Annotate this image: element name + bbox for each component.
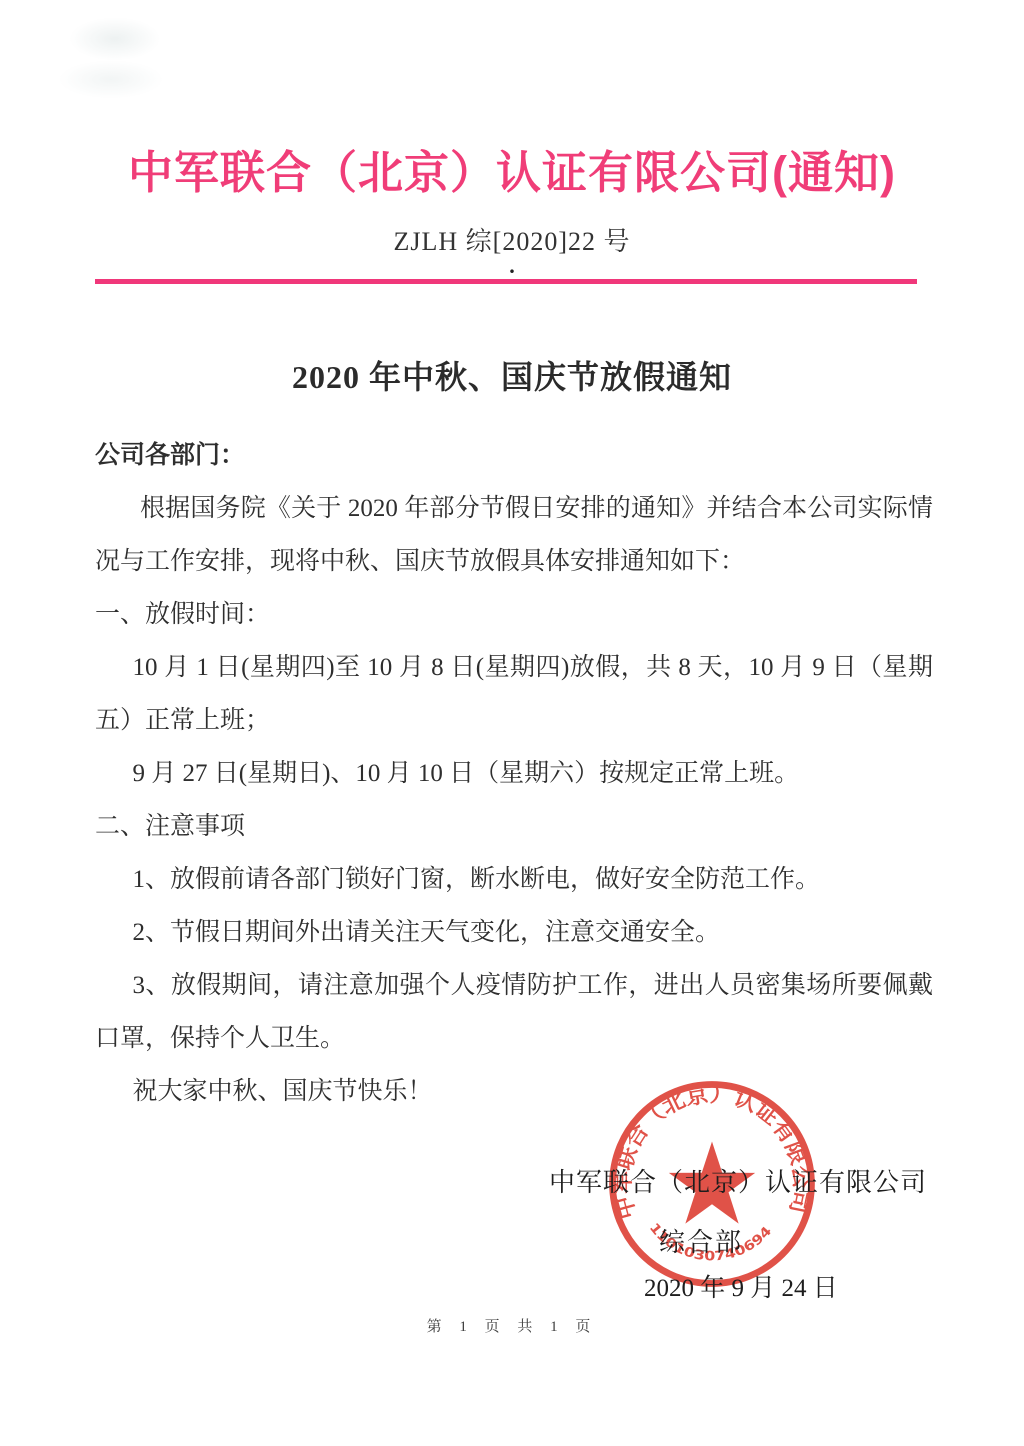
page-number: 第 1 页 共 1 页: [0, 1315, 1024, 1336]
letterhead-divider: [95, 279, 917, 284]
paragraph-note-2: 2、节假日期间外出请关注天气变化，注意交通安全。: [95, 906, 933, 959]
signature-company: 中军联合（北京）认证有限公司: [549, 1162, 927, 1199]
notice-body: 公司各部门： 根据国务院《关于 2020 年部分节假日安排的通知》并结合本公司实…: [95, 429, 933, 1118]
paragraph-note-1: 1、放假前请各部门锁好门窗，断水断电，做好安全防范工作。: [95, 853, 933, 906]
letterhead-title: 中军联合（北京）认证有限公司(通知): [0, 136, 1024, 201]
paragraph-holiday-dates: 10 月 1 日(星期四)至 10 月 8 日(星期四)放假，共 8 天，10 …: [95, 641, 933, 747]
notice-document-page: 中军联合（北京）认证有限公司(通知) ZJLH 综[2020]22 号 . 20…: [0, 0, 1024, 1446]
paragraph-intro: 根据国务院《关于 2020 年部分节假日安排的通知》并结合本公司实际情况与工作安…: [95, 482, 933, 588]
scan-artifact: [50, 8, 180, 70]
section-2-heading: 二、注意事项: [95, 800, 933, 853]
paragraph-note-3: 3、放假期间，请注意加强个人疫情防护工作，进出人员密集场所要佩戴口罩，保持个人卫…: [95, 959, 933, 1065]
section-1-heading: 一、放假时间：: [95, 588, 933, 641]
notice-title: 2020 年中秋、国庆节放假通知: [0, 352, 1024, 398]
signature-date: 2020 年 9 月 24 日: [644, 1268, 838, 1304]
center-dot: .: [0, 253, 1024, 279]
scan-artifact: [36, 52, 186, 107]
signature-department: 综合部: [589, 1222, 813, 1259]
paragraph-workdays: 9 月 27 日(星期日)、10 月 10 日（星期六）按规定正常上班。: [95, 747, 933, 800]
salutation: 公司各部门：: [95, 429, 933, 482]
